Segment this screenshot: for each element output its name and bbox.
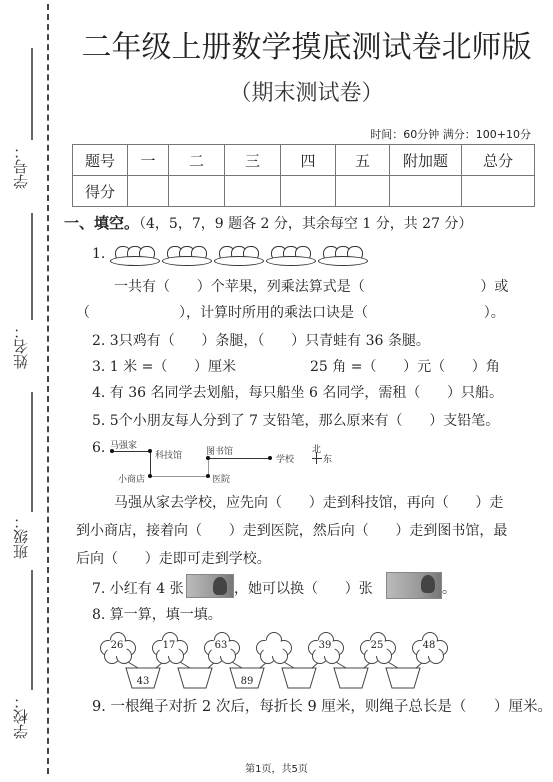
question-5: 5. 5个小朋友每人分到了 7 支铅笔，那么原来有（ ）支铅笔。 (92, 410, 499, 430)
question-1-line-2: （ ），计算时所用的乘法口诀是（ ）。 (76, 302, 505, 322)
pot-blank[interactable] (331, 668, 371, 696)
apple-plate-icon (162, 244, 210, 266)
pot-number: 43 (123, 668, 163, 696)
question-7c: 。 (442, 578, 456, 598)
exam-meta: 时间：60分钟 满分：100+10分 (370, 126, 531, 142)
section-heading: 一、填空。（4，5，7，9 题各 2 分，其余每空 1 分，共 27 分） (64, 212, 472, 233)
flower-number: 63 (204, 632, 238, 662)
table-cell: 附加题 (390, 145, 462, 176)
table-cell: 题号 (73, 145, 128, 176)
cut-line (47, 4, 49, 774)
class-label: 班级： (10, 512, 36, 562)
question-number: 1. (92, 246, 105, 262)
school-label: 学校： (10, 692, 36, 742)
map-label: 医院 (212, 472, 230, 485)
map-label: 科技馆 (155, 448, 182, 461)
table-cell: 三 (225, 145, 281, 176)
score-cell[interactable] (281, 176, 336, 207)
table-cell: 二 (169, 145, 225, 176)
score-cell[interactable] (169, 176, 225, 207)
map-label: 图书馆 (206, 444, 233, 457)
table-cell: 一 (128, 145, 169, 176)
score-cell[interactable] (390, 176, 462, 207)
score-cell[interactable] (336, 176, 390, 207)
margin-line (31, 48, 33, 140)
banknote-image (386, 572, 442, 599)
score-cell[interactable] (462, 176, 535, 207)
page-title: 二年级上册数学摸底测试卷北师版 (60, 22, 553, 66)
question-6-line-1: 马强从家去学校，应先向（ ）走到科技馆，再向（ ）走 (114, 492, 503, 512)
map-label: 学校 (276, 452, 294, 465)
apple-plate-icon (214, 244, 262, 266)
score-cell[interactable] (225, 176, 281, 207)
section-note: （4，5，7，9 题各 2 分，其余每空 1 分，共 27 分） (139, 216, 472, 232)
name-label: 姓名： (10, 322, 36, 372)
question-number: 6. (92, 440, 105, 456)
flower-number: 26 (100, 632, 134, 662)
pot-blank[interactable] (175, 668, 215, 696)
table-cell: 总分 (462, 145, 535, 176)
flower-blank[interactable] (256, 632, 290, 662)
pot-blank[interactable] (279, 668, 319, 696)
student-id-label: 学号： (10, 142, 36, 192)
table-score-row: 得分 (73, 176, 535, 207)
route-map: 马强家 科技馆 小商店 医院 图书馆 学校 (110, 442, 340, 492)
flower-number: 39 (308, 632, 342, 662)
table-cell: 五 (336, 145, 390, 176)
table-cell: 四 (281, 145, 336, 176)
table-header-row: 题号 一 二 三 四 五 附加题 总分 (73, 145, 535, 176)
question-1-line-1: 一共有（ ）个苹果，列乘法算式是（ ）或 (114, 276, 508, 296)
question-7a: 7. 小红有 4 张 (92, 578, 184, 598)
map-label: 马强家 (110, 438, 137, 451)
page-number: 第1页，共5页 (0, 760, 553, 775)
question-9: 9. 一根绳子对折 2 次后，每折长 9 厘米，则绳子总长是（ ）厘米。 (92, 695, 552, 716)
class-field[interactable] (31, 570, 33, 690)
compass-icon: 北 东 (312, 442, 342, 472)
table-cell: 得分 (73, 176, 128, 207)
question-7b: ，她可以换（ ）张 (234, 578, 373, 598)
apple-plates-image (110, 244, 366, 266)
score-cell[interactable] (128, 176, 169, 207)
question-4: 4. 有 36 名同学去划船，每只船坐 6 名同学，需租（ ）只船。 (92, 382, 503, 402)
apple-plate-icon (266, 244, 314, 266)
flower-number: 25 (360, 632, 394, 662)
apple-plate-icon (110, 244, 158, 266)
question-2: 2. 3只鸡有（ ）条腿，（ ）只青蛙有 36 条腿。 (92, 330, 430, 350)
pot-number: 89 (227, 668, 267, 696)
question-3a: 3. 1 米 =（ ）厘米 (92, 356, 236, 376)
apple-plate-icon (318, 244, 366, 266)
banknote-image (186, 574, 234, 598)
compass-east-label: 东 (323, 452, 332, 465)
question-6-line-2: 到小商店，接着向（ ）走到医院，然后向（ ）走到图书馆，最 (76, 520, 507, 540)
flower-number: 48 (412, 632, 446, 662)
question-8: 8. 算一算，填一填。 (92, 604, 222, 624)
page-subtitle: （期末测试卷） (60, 76, 553, 107)
student-id-field[interactable] (31, 213, 33, 320)
question-6-line-3: 后向（ ）走即可走到学校。 (76, 548, 271, 568)
section-title: 一、填空。 (64, 214, 139, 232)
pot-blank[interactable] (383, 668, 423, 696)
flower-number: 17 (152, 632, 186, 662)
question-3b: 25 角 =（ ）元（ ）角 (310, 356, 500, 376)
name-field[interactable] (31, 392, 33, 512)
map-label: 小商店 (118, 472, 145, 485)
score-table: 题号 一 二 三 四 五 附加题 总分 得分 (72, 144, 535, 207)
